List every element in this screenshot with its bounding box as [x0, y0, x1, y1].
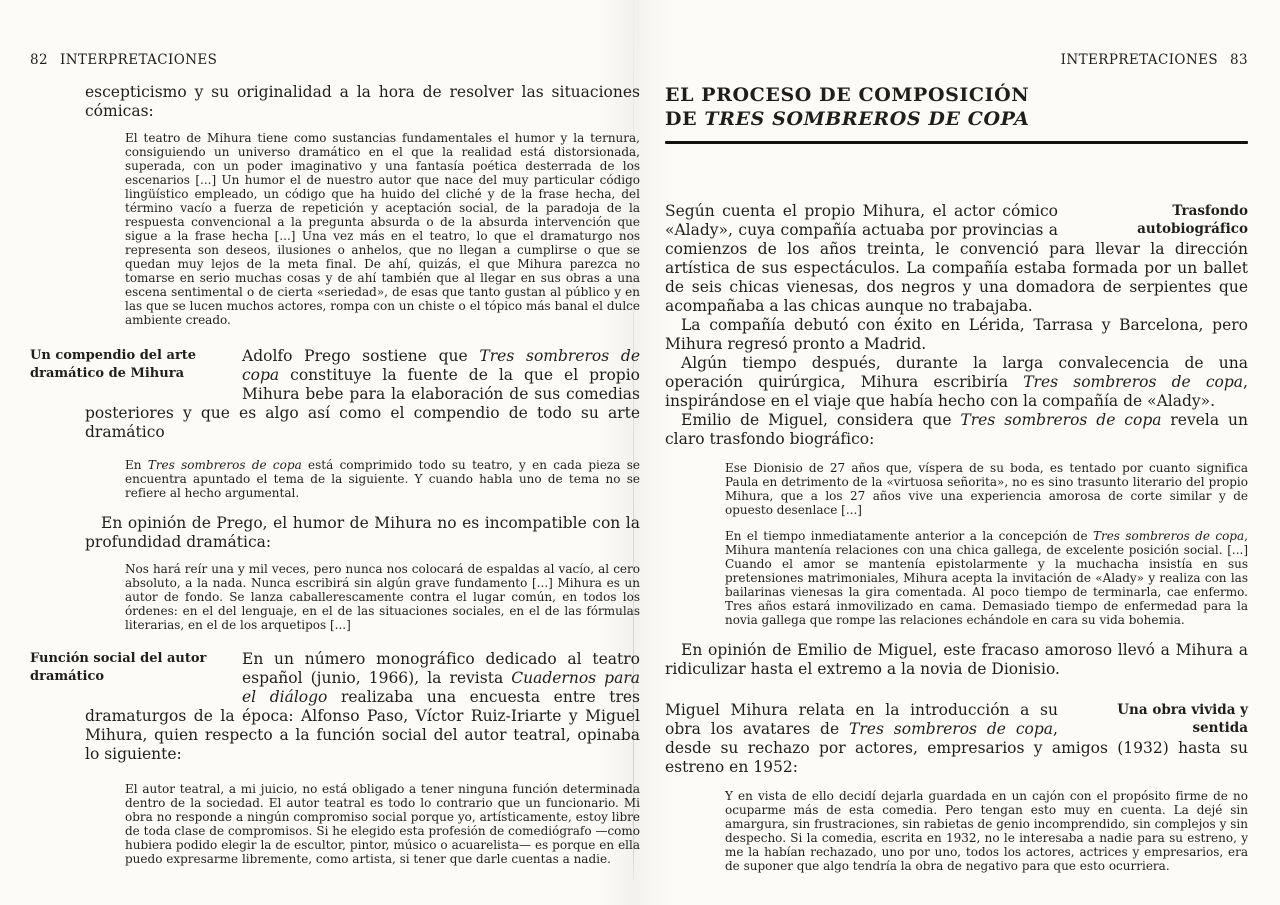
chapter-title: EL PROCESO DE COMPOSICIÓN DE TRES SOMBRE…	[665, 83, 1248, 131]
book-scan: 82INTERPRETACIONES escepticismo y su ori…	[0, 0, 1280, 905]
paragraph-opinion-prego: En opinión de Prego, el humor de Mihura …	[85, 514, 640, 552]
chapter-title-line2: DE TRES SOMBREROS DE COPA	[665, 107, 1248, 131]
paragraph-debut: La compañía debutó con éxito en Lérida, …	[665, 316, 1248, 354]
left-running-title: INTERPRETACIONES	[60, 52, 217, 68]
quote-comprimido: En Tres sombreros de copa está comprimid…	[125, 458, 640, 500]
quote-teatro-mihura: El teatro de Mihura tiene como sustancia…	[125, 131, 640, 327]
title-rule	[665, 141, 1248, 144]
quote-nos-hara-reir: Nos hará reír una y mil veces, pero nunc…	[125, 562, 640, 632]
right-page-number: 83	[1230, 52, 1248, 68]
intro-paragraph: escepticismo y su originalidad a la hora…	[85, 83, 640, 121]
quote-cajon: Y en vista de ello decidí dejarla guarda…	[725, 789, 1248, 873]
margin-label-compendio: Un compendio del arte dramático de Mihur…	[30, 347, 242, 404]
margin-note-trasfondo: Trasfondo autobiográfico	[1070, 202, 1248, 240]
right-page-header: INTERPRETACIONES83	[665, 52, 1248, 68]
paragraph-fracaso-amoroso: En opinión de Emilio de Miguel, este fra…	[665, 641, 1248, 679]
margin-note-obra-vivida: Una obra vivida y sentida	[1070, 701, 1248, 739]
quote-dionisio: Ese Dionisio de 27 años que, víspera de …	[725, 461, 1248, 517]
quote-autor-teatral: El autor teatral, a mi juicio, no está o…	[125, 782, 640, 866]
page-left: 82INTERPRETACIONES escepticismo y su ori…	[30, 52, 640, 866]
right-running-title: INTERPRETACIONES	[1061, 52, 1218, 68]
paragraph-convalecencia: Algún tiempo después, durante la larga c…	[665, 354, 1248, 411]
left-page-number: 82	[30, 52, 48, 68]
section-obra-vivida: Una obra vivida y sentida Miguel Mihura …	[665, 701, 1248, 777]
quote-chica-gallega: En el tiempo inmediatamente anterior a l…	[725, 529, 1248, 627]
section-funcion-social: Función social del autor dramático En un…	[30, 650, 640, 764]
section-compendio: Un compendio del arte dramático de Mihur…	[30, 347, 640, 442]
margin-label-funcion-social: Función social del autor dramático	[30, 650, 242, 707]
left-page-header: 82INTERPRETACIONES	[30, 52, 640, 68]
page-right: INTERPRETACIONES83 EL PROCESO DE COMPOSI…	[665, 52, 1248, 873]
chapter-title-line1: EL PROCESO DE COMPOSICIÓN	[665, 83, 1248, 107]
section-trasfondo: Trasfondo autobiográfico Según cuenta el…	[665, 202, 1248, 316]
paragraph-emilio-considera: Emilio de Miguel, considera que Tres som…	[665, 411, 1248, 449]
